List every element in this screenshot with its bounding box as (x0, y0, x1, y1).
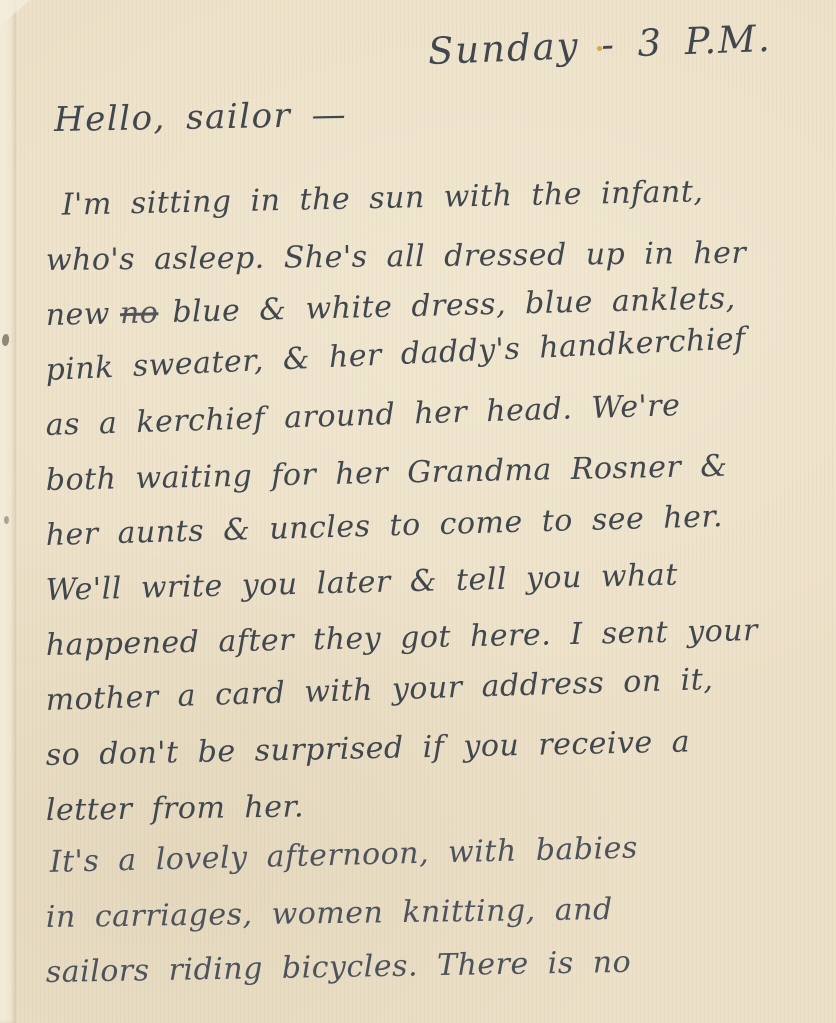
body-paragraph-2: It's a lovely afternoon, with babies in … (46, 845, 826, 1010)
dateline: Sunday - 3 P.M. (427, 17, 772, 73)
body-paragraph-1: I'm sitting in the sun with the infant, … (46, 188, 826, 848)
paper-deckle-edge (0, 0, 16, 1023)
salutation: Hello, sailor — (54, 95, 348, 140)
handwritten-line: I'm sitting in the sun with the infant, (45, 172, 826, 243)
paper-corner-wear (0, 0, 30, 26)
letter-page: Sunday - 3 P.M. Hello, sailor — I'm sitt… (0, 0, 836, 1023)
line-text: new (45, 296, 110, 333)
strikethrough-word: no (120, 295, 159, 331)
edge-stain (4, 516, 9, 524)
